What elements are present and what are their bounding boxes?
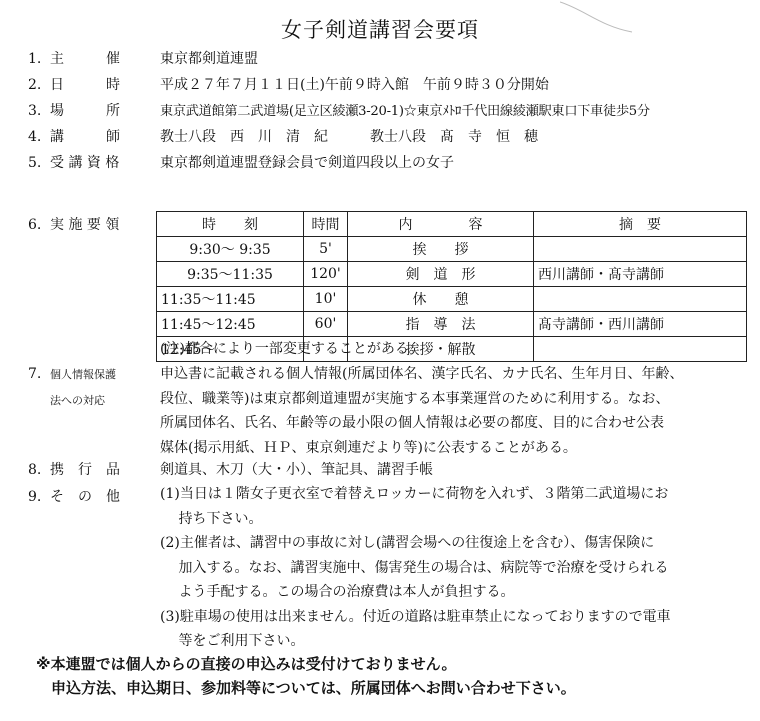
cell-note: 髙寺講師・西川講師 — [534, 312, 747, 337]
footer-line: 申込方法、申込期日、参加料等については、所属団体へお問い合わせ下さい。 — [36, 676, 576, 700]
cell-time: 11:45～12:45 — [157, 312, 304, 337]
other-line: よう手配する。この場合の治療費は本人が負担する。 — [160, 580, 671, 605]
item-7-label-line2: 法への対応 — [50, 392, 105, 408]
item-5-label: 5.受 講 資 格 — [28, 152, 119, 172]
cell-time: 9:35～11:35 — [157, 262, 304, 287]
item-5-value: 東京都剣道連盟登録会員で剣道四段以上の女子 — [160, 152, 454, 172]
cell-duration: 60' — [304, 312, 348, 337]
item-9-label: 9.そ の 他 — [28, 486, 120, 506]
privacy-line: 所属団体名、氏名、年齢等の最小限の個人情報は必要の都度、目的に合わせ公表 — [160, 411, 683, 436]
privacy-text: 申込書に記載される個人情報(所属団体名、漢字氏名、カナ氏名、生年月日、年齢、 段… — [160, 362, 683, 460]
privacy-line: 媒体(掲示用紙、ＨＰ、東京剣連だより等)に公表することがある。 — [160, 436, 683, 461]
item-4-label: 4.講 師 — [28, 126, 120, 146]
cell-note — [534, 237, 747, 262]
cell-content: 休 憩 — [348, 287, 534, 312]
other-line: 持ち下さい。 — [160, 507, 671, 532]
other-line: (3)駐車場の使用は出来ません。付近の道路は駐車禁止になっておりますので電車 — [160, 605, 671, 630]
cell-time: 11:35～11:45 — [157, 287, 304, 312]
table-row: 11:45～12:45 60' 指 導 法 髙寺講師・西川講師 — [157, 312, 747, 337]
footer-notice: ※本連盟では個人からの直接の申込みは受付けておりません。 申込方法、申込期日、参… — [36, 652, 576, 700]
item-4-value: 教士八段 西 川 清 紀 教士八段 髙 寺 恒 穂 — [160, 126, 538, 146]
other-line: 加入する。なお、講習実施中、傷害発生の場合は、病院等で治療を受けられる — [160, 556, 671, 581]
other-line: 等をご利用下さい。 — [160, 629, 671, 654]
cell-content: 指 導 法 — [348, 312, 534, 337]
item-1-value: 東京都剣道連盟 — [160, 48, 258, 68]
item-8-label: 8.携 行 品 — [28, 459, 120, 479]
schedule-header-row: 時 刻 時間 内 容 摘 要 — [157, 212, 747, 237]
item-6-label: 6.実 施 要 領 — [28, 214, 119, 234]
item-7-label: 7.個人情報保護 — [28, 366, 116, 382]
table-row: 9:35～11:35 120' 剣 道 形 西川講師・髙寺講師 — [157, 262, 747, 287]
cell-note — [534, 337, 747, 362]
cell-note — [534, 287, 747, 312]
cell-duration: 5' — [304, 237, 348, 262]
header-time: 時 刻 — [157, 212, 304, 237]
item-3-label: 3.場 所 — [28, 100, 120, 120]
cell-content: 挨 拶 — [348, 237, 534, 262]
other-line: (2)主催者は、講習中の事故に対し(講習会場への往復途上を含む）、傷害保険に — [160, 531, 671, 556]
schedule-note: (注)都合により一部変更することがある。 — [160, 338, 423, 358]
other-line: (1)当日は１階女子更衣室で着替えロッカーに荷物を入れず、３階第二武道場にお — [160, 482, 671, 507]
cell-content: 剣 道 形 — [348, 262, 534, 287]
cell-duration: 120' — [304, 262, 348, 287]
other-text: (1)当日は１階女子更衣室で着替えロッカーに荷物を入れず、３階第二武道場にお 持… — [160, 482, 671, 654]
header-duration: 時間 — [304, 212, 348, 237]
table-row: 11:35～11:45 10' 休 憩 — [157, 287, 747, 312]
item-1-label: 1.主 催 — [28, 48, 120, 68]
item-2-label: 2.日 時 — [28, 74, 120, 94]
document-title: 女子剣道講習会要項 — [0, 14, 760, 44]
item-2-value: 平成２７年７月１１日(土)午前９時入館 午前９時３０分開始 — [160, 74, 549, 94]
header-note: 摘 要 — [534, 212, 747, 237]
privacy-line: 申込書に記載される個人情報(所属団体名、漢字氏名、カナ氏名、生年月日、年齢、 — [160, 362, 683, 387]
cell-note: 西川講師・髙寺講師 — [534, 262, 747, 287]
cell-duration: 10' — [304, 287, 348, 312]
header-content: 内 容 — [348, 212, 534, 237]
item-3-value: 東京武道館第二武道場(足立区綾瀬3-20-1)☆東京ﾒﾄﾛ千代田線綾瀬駅東口下車… — [160, 100, 650, 119]
table-row: 9:30～ 9:35 5' 挨 拶 — [157, 237, 747, 262]
item-8-value: 剣道具、木刀（大・小）、筆記具、講習手帳 — [160, 459, 433, 479]
privacy-line: 段位、職業等)は東京都剣道連盟が実施する本事業運営のために利用する。なお、 — [160, 387, 683, 412]
footer-line: ※本連盟では個人からの直接の申込みは受付けておりません。 — [36, 652, 576, 676]
cell-time: 9:30～ 9:35 — [157, 237, 304, 262]
